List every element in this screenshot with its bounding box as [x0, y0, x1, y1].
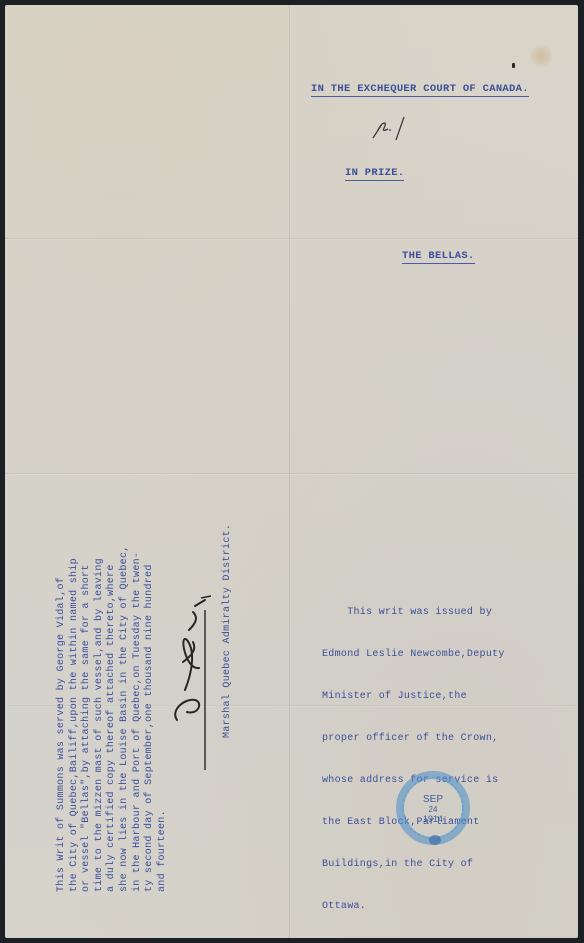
endorsement-line: ty second day of September,one thousand …	[144, 462, 157, 892]
marshal-signature	[165, 570, 215, 770]
service-endorsement: This Writ of Summons was served by Georg…	[56, 462, 169, 892]
issuance-line: Buildings,in the City of	[322, 858, 505, 872]
endorsement-line: This Writ of Summons was served by Georg…	[56, 462, 69, 892]
received-date-stamp: SEP 24 1914	[393, 770, 473, 850]
vertical-fold-line	[289, 5, 291, 938]
case-name-heading: THE BELLAS.	[402, 250, 475, 264]
paper-stain	[530, 45, 552, 67]
endorsement-line: a duly certified copy thereof attached t…	[106, 462, 119, 892]
issuance-line: proper officer of the Crown,	[322, 732, 505, 746]
paper-speck	[512, 63, 515, 68]
handwritten-number	[370, 112, 410, 142]
endorsement-line: the City of Quebec,Bailiff,upon the with…	[69, 462, 82, 892]
endorsement-line: time to the mizzen mast of such vessel,a…	[94, 462, 107, 892]
stamp-year: 1914	[423, 814, 443, 824]
issuance-line: Edmond Leslie Newcombe,Deputy	[322, 648, 505, 662]
issuance-line: Ottawa.	[322, 900, 505, 914]
issuance-line: This writ was issued by	[322, 606, 505, 620]
stamp-month: SEP	[423, 794, 443, 805]
issuance-block: This writ was issued by Edmond Leslie Ne…	[322, 578, 505, 928]
issuance-line: Minister of Justice,the	[322, 690, 505, 704]
endorsement-line: she now lies in the Louise Basin in the …	[119, 462, 132, 892]
marshal-title: Marshal Quebec Admiralty District.	[222, 524, 233, 738]
horizontal-fold-line	[5, 238, 578, 240]
court-heading: IN THE EXCHEQUER COURT OF CANADA.	[311, 83, 529, 97]
prize-heading: IN PRIZE.	[345, 167, 404, 181]
endorsement-line: in the Harbour and Port of Quebec,on Tue…	[132, 462, 145, 892]
stamp-day: 24	[429, 805, 438, 814]
endorsement-line: or vessel "Bellas",by attaching the same…	[81, 462, 94, 892]
